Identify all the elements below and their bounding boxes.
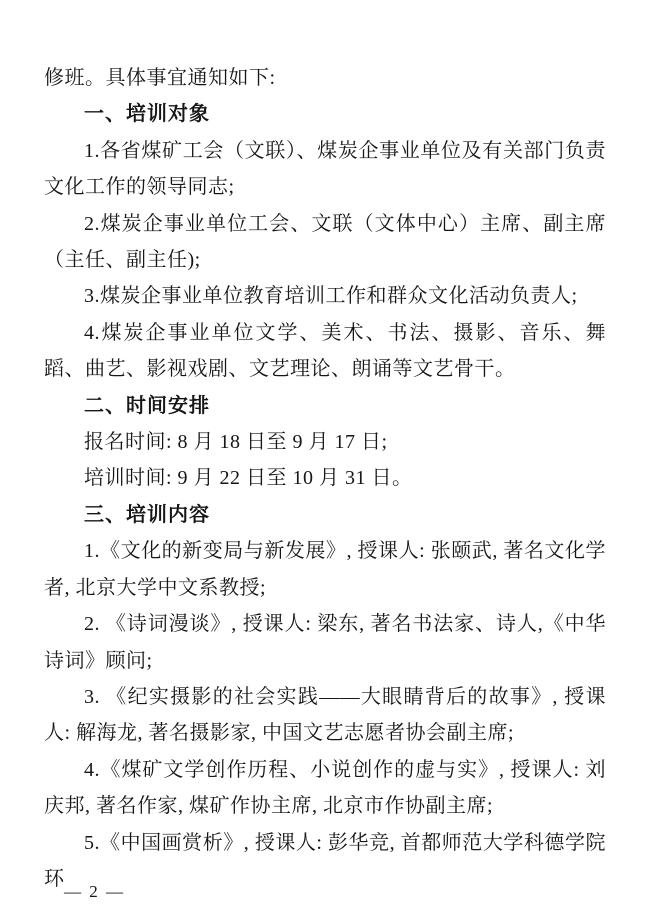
continuation-line: 修班。具体事宜通知如下: — [44, 60, 606, 96]
paragraph: 培训时间: 9 月 22 日至 10 月 31 日。 — [44, 460, 606, 496]
document-page: 修班。具体事宜通知如下: 一、培训对象 1.各省煤矿工会（文联）、煤炭企事业单位… — [0, 0, 650, 921]
section-heading-1: 一、培训对象 — [44, 96, 606, 132]
paragraph: 4.《煤矿文学创作历程、小说创作的虚与实》, 授课人: 刘庆邦, 著名作家, 煤… — [44, 752, 606, 825]
paragraph: 报名时间: 8 月 18 日至 9 月 17 日; — [44, 424, 606, 460]
document-body: 修班。具体事宜通知如下: 一、培训对象 1.各省煤矿工会（文联）、煤炭企事业单位… — [44, 60, 606, 897]
paragraph: 3.煤炭企事业单位教育培训工作和群众文化活动负责人; — [44, 278, 606, 314]
paragraph: 2.煤炭企事业单位工会、文联（文体中心）主席、副主席（主任、副主任); — [44, 206, 606, 279]
section-heading-3: 三、培训内容 — [44, 497, 606, 533]
paragraph: 2. 《诗词漫谈》, 授课人: 梁东, 著名书法家、诗人,《中华诗词》顾问; — [44, 606, 606, 679]
section-heading-2: 二、时间安排 — [44, 388, 606, 424]
paragraph: 3. 《纪实摄影的社会实践——大眼睛背后的故事》, 授课人: 解海龙, 著名摄影… — [44, 679, 606, 752]
page-number: — 2 — — [64, 882, 125, 902]
paragraph: 4.煤炭企事业单位文学、美术、书法、摄影、音乐、舞蹈、曲艺、影视戏剧、文艺理论、… — [44, 315, 606, 388]
paragraph: 1.《文化的新变局与新发展》, 授课人: 张颐武, 著名文化学者, 北京大学中文… — [44, 533, 606, 606]
paragraph: 1.各省煤矿工会（文联）、煤炭企事业单位及有关部门负责文化工作的领导同志; — [44, 133, 606, 206]
paragraph: 5.《中国画赏析》, 授课人: 彭华竞, 首都师范大学科德学院环 — [44, 825, 606, 898]
